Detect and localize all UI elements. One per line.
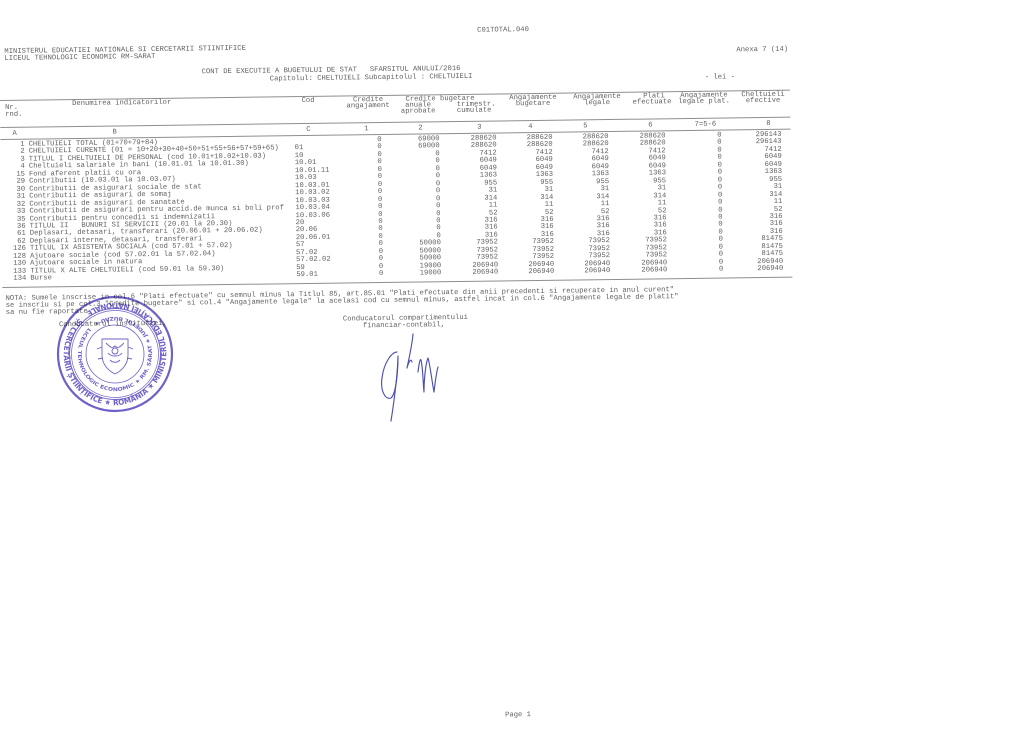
signature-mark — [0, 0, 1024, 745]
scanned-page: C01TOTAL.040 MINISTERUL EDUCATIEI NATION… — [0, 0, 1024, 745]
